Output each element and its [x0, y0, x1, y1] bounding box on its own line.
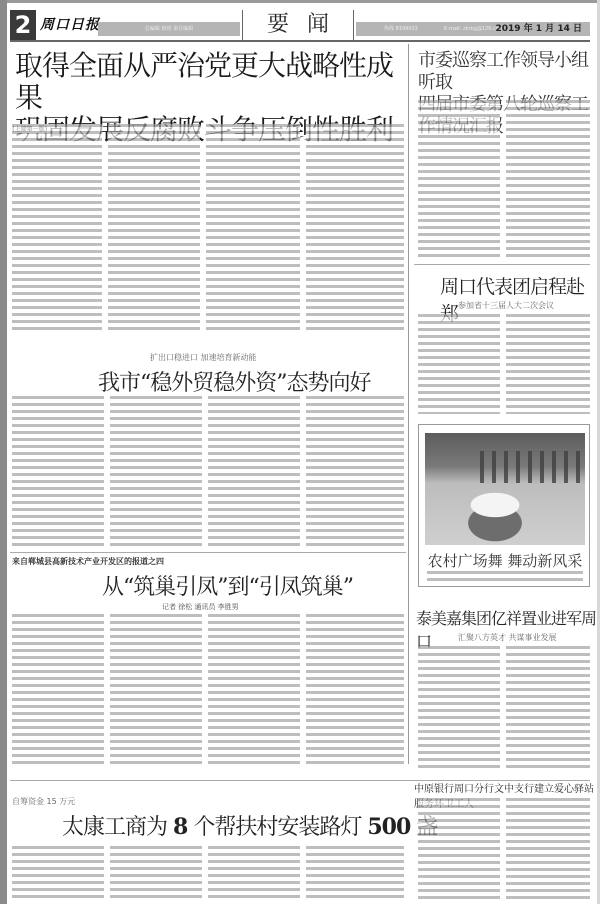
- delegation-subheadline: 参加省十三届人大二次会议: [458, 300, 554, 311]
- lead-body-col4: [306, 124, 404, 334]
- section-rule: [10, 552, 406, 553]
- hotline: 热线 8199033: [384, 22, 418, 36]
- lead-headline-line1: 取得全面从严治党更大战略性成果: [15, 50, 405, 114]
- taimeijia-body-col2: [506, 646, 590, 770]
- streetlights-body-col1: [12, 846, 104, 902]
- lead-body-col1: (上接第一版): [12, 124, 102, 334]
- square-dance-photo: [425, 433, 585, 545]
- bank-body-col1: [418, 798, 500, 902]
- masthead: 2 周口日报 总编辑 值班 责任编辑 要闻 热线 8199033 E-mail:…: [10, 10, 590, 40]
- industry-byline: 记者 徐松 通讯员 李胜男: [162, 602, 239, 612]
- lead-body-col2: [108, 124, 200, 334]
- dancers: [480, 451, 580, 483]
- trade-kicker: 扩出口稳进口 加速培育新动能: [150, 352, 257, 363]
- streetlights-kicker: 自筹资金 15 万元: [12, 796, 75, 807]
- section-rule: [414, 264, 590, 265]
- industry-series-label: 来自郸城县高新技术产业开发区的报道之四: [12, 556, 164, 567]
- industry-body-col3: [208, 614, 300, 764]
- inspection-body-col1: [418, 100, 500, 258]
- headline-part: 太康工商为: [62, 815, 167, 840]
- issue-date: 2019 年 1 月 14 日: [495, 22, 582, 36]
- bank-body-col2: [506, 798, 590, 902]
- headline-number: 8: [173, 814, 187, 840]
- column-divider: [408, 44, 409, 764]
- page-left-edge: [0, 0, 7, 904]
- inspection-headline-line1: 市委巡察工作领导小组听取: [418, 50, 598, 94]
- headline-part: 个帮扶村安装路灯: [193, 815, 361, 840]
- photo-feature: 农村广场舞 舞动新风采: [418, 424, 590, 587]
- industry-headline: 从“筑巢引凤”到“引凤筑巢”: [102, 570, 353, 601]
- delegation-body-col2: [506, 314, 590, 414]
- streetlights-body-col3: [208, 846, 300, 902]
- trade-body-col1: [12, 396, 104, 546]
- taimeijia-body-col1: [418, 646, 500, 770]
- section-title: 要闻: [242, 10, 354, 40]
- photo-caption-text: [427, 571, 583, 583]
- trade-headline: 我市“稳外贸稳外资”态势向好: [98, 366, 371, 397]
- newspaper-page: 2 周口日报 总编辑 值班 责任编辑 要闻 热线 8199033 E-mail:…: [0, 0, 600, 904]
- industry-body-col2: [110, 614, 202, 764]
- delegation-body-col1: [418, 314, 500, 414]
- streetlights-headline: 太康工商为 8 个帮扶村安装路灯 500 盏: [62, 810, 437, 841]
- photo-caption-title: 农村广场舞 舞动新风采: [419, 550, 591, 571]
- trade-body-col3: [208, 396, 300, 546]
- info-band: 热线 8199033 E-mail: zkrbg@126.com 2019 年 …: [356, 22, 590, 36]
- streetlights-body-col2: [110, 846, 202, 902]
- trade-body-col4: [306, 396, 404, 546]
- editor-band: 总编辑 值班 责任编辑: [98, 22, 240, 36]
- masthead-rule: [10, 40, 590, 42]
- lead-body-col3: [206, 124, 300, 334]
- trade-body-col2: [110, 396, 202, 546]
- paper-name: 周口日报: [40, 14, 100, 34]
- inspection-body-col2: [506, 100, 590, 258]
- top-rule: [7, 0, 600, 3]
- page-number: 2: [10, 10, 36, 40]
- industry-body-col4: [306, 614, 404, 764]
- headline-number: 500: [367, 814, 410, 840]
- industry-body-col1: [12, 614, 104, 764]
- streetlights-body-col4: [306, 846, 404, 902]
- taimeijia-subheadline: 汇聚八方英才 共谋事业发展: [458, 632, 557, 643]
